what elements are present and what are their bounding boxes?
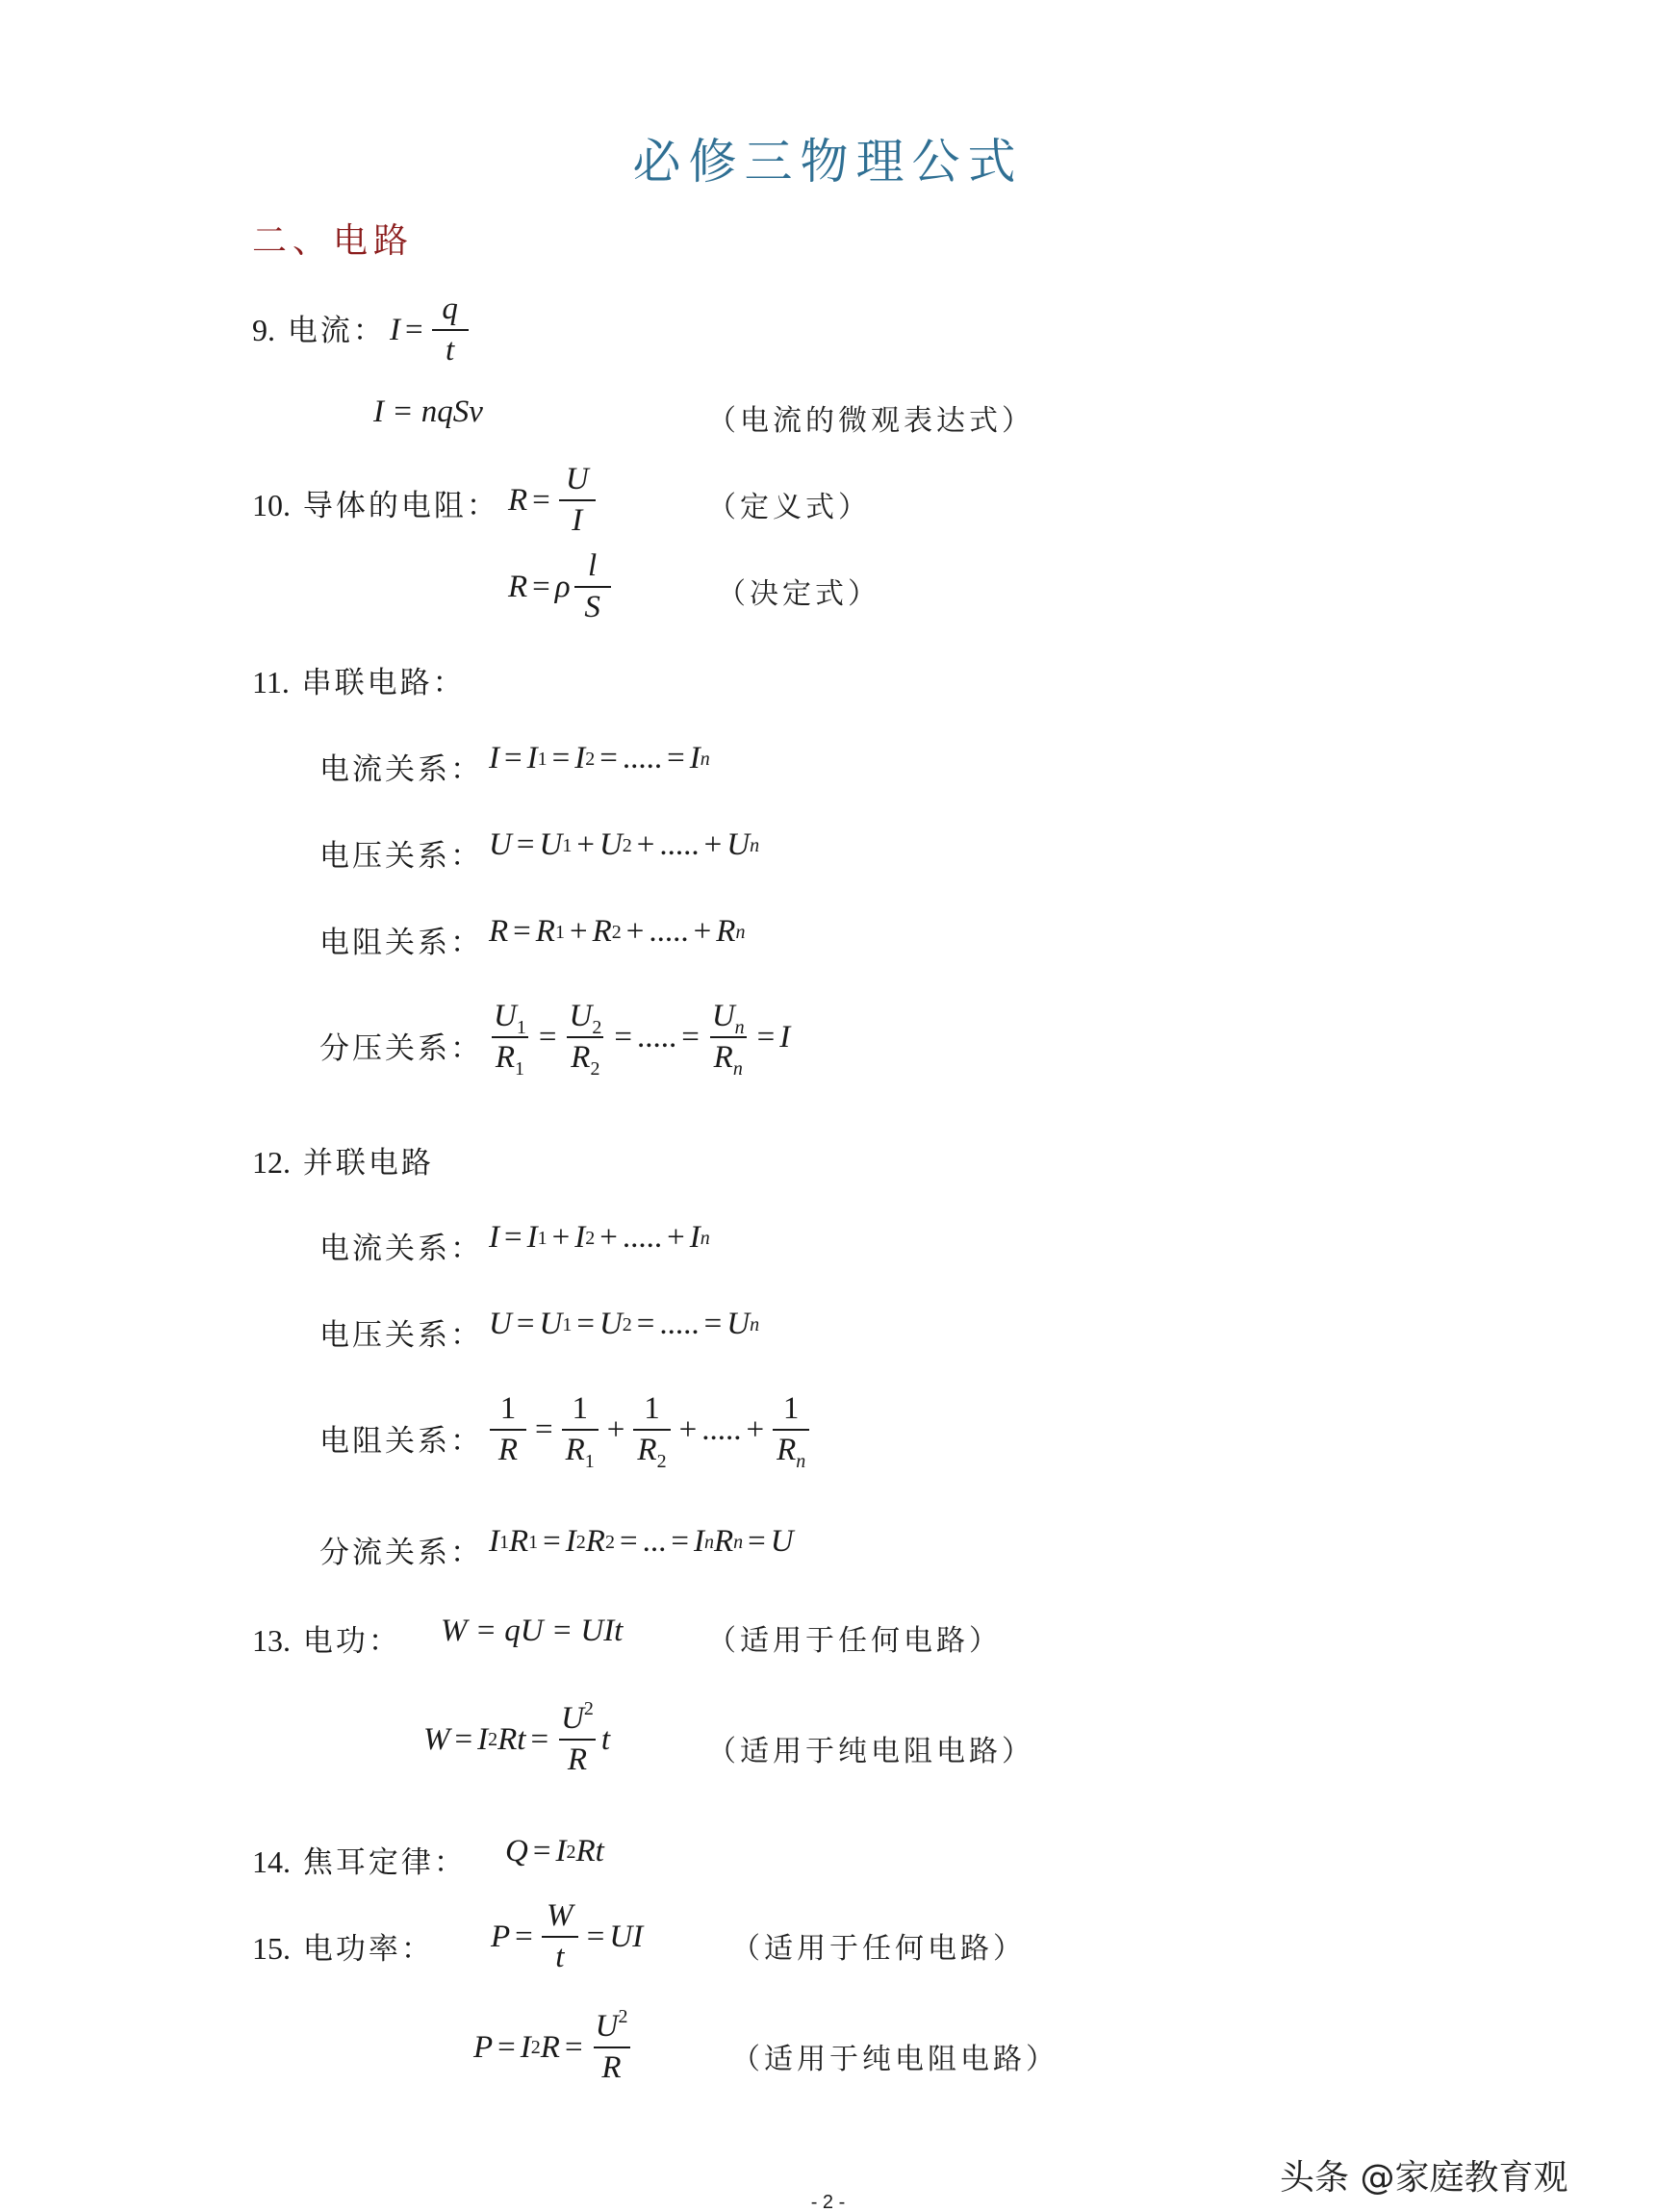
note-any-circuit: （适用于任何电路） [731, 1924, 1026, 1967]
formula-current-definition: I= qt [390, 293, 472, 367]
note-any-circuit: （适用于任何电路） [707, 1616, 1002, 1659]
parallel-shunt-label: 分流关系： [319, 1528, 483, 1571]
formula-work-general: W = qU = UIt [441, 1614, 623, 1649]
formula-series-current: I=I1=I2=.....=In [489, 741, 710, 776]
item-15-label: 15. 电功率： [252, 1924, 434, 1968]
item-9-label: 9. 电流： [252, 306, 386, 349]
series-current-label: 电流关系： [319, 745, 483, 788]
item-10-label: 10. 导体的电阻： [252, 481, 499, 524]
item-13-label: 13. 电功： [252, 1616, 401, 1660]
page-number: - 2 - [0, 2192, 1656, 2212]
formula-parallel-resistance: 1R= 1R1+ 1R2+ .....+ 1Rn [486, 1393, 813, 1466]
item-14-label: 14. 焦耳定律： [252, 1838, 467, 1881]
parallel-voltage-label: 电压关系： [319, 1310, 483, 1354]
formula-work-resistive: W=I2Rt= U2Rt [423, 1703, 610, 1776]
note-micro-expression: （电流的微观表达式） [707, 396, 1034, 439]
formula-parallel-shunt: I1R1=I2R2=...=InRn=U [489, 1524, 794, 1560]
formula-power-resistive: P=I2R= U2R [473, 2011, 635, 2084]
parallel-resistance-label: 电阻关系： [319, 1416, 483, 1460]
item-11-label: 11. 串联电路： [252, 658, 466, 701]
item-12-label: 12. 并联电路 [252, 1138, 434, 1182]
parallel-current-label: 电流关系： [319, 1224, 483, 1267]
note-pure-resistive: （适用于纯电阻电路） [707, 1727, 1034, 1769]
note-pure-resistive: （适用于纯电阻电路） [731, 2035, 1058, 2077]
series-voltage-label: 电压关系： [319, 831, 483, 875]
series-resistance-label: 电阻关系： [319, 918, 483, 961]
document-title: 必修三物理公式 [0, 123, 1656, 192]
formula-current-micro: I = nqSv [373, 394, 483, 430]
series-divider-label: 分压关系： [319, 1024, 483, 1067]
formula-parallel-voltage: U=U1=U2=.....=Un [489, 1307, 759, 1342]
formula-series-divider: U1R1= U2R2= .....= UnRn=I [486, 1001, 790, 1074]
note-definition: （定义式） [707, 483, 871, 525]
formula-resistance-determining: R= ρ lS [508, 550, 615, 623]
note-determining: （决定式） [717, 570, 880, 612]
formula-joule-law: Q=I2Rt [505, 1834, 604, 1869]
section-heading: 二、电路 [252, 214, 414, 263]
formula-resistance-definition: R= UI [508, 464, 599, 537]
formula-series-resistance: R=R1+R2+.....+Rn [489, 914, 745, 950]
formula-parallel-current: I=I1+I2+.....+In [489, 1220, 710, 1256]
formula-power-general: P= Wt=UI [491, 1900, 643, 1973]
formula-series-voltage: U=U1+U2+.....+Un [489, 827, 759, 863]
